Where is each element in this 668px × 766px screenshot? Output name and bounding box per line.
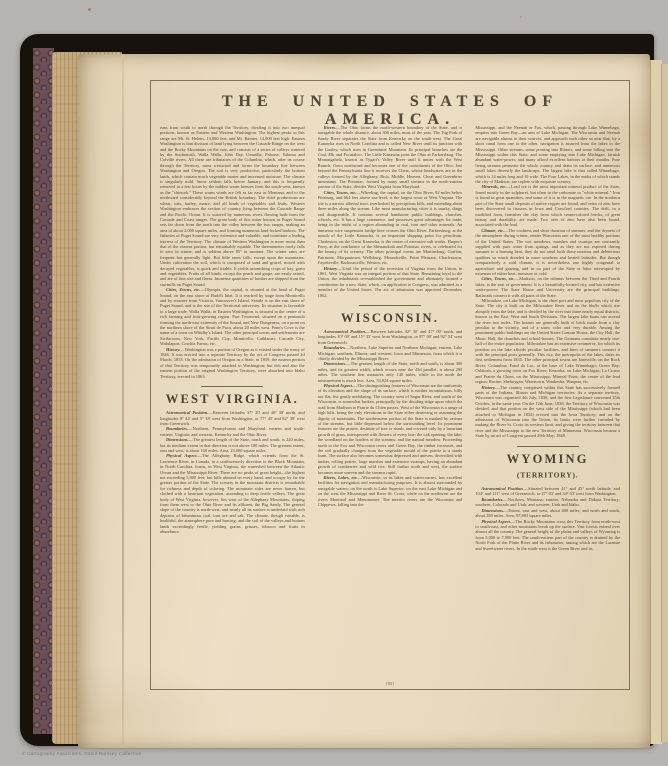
paragraph-lead-in: History. <box>166 347 180 352</box>
text-column-1: runs from south to north through the Ter… <box>160 125 305 677</box>
paragraph: Physical Aspect.—The Alleghany Ridge, wh… <box>160 453 305 534</box>
paragraph-lead-in: Dimensions. <box>324 361 347 366</box>
book-page: THE UNITED STATES OF AMERICA. runs from … <box>78 54 650 748</box>
paragraph-lead-in: Rivers, Lakes, etc. <box>324 475 358 480</box>
text-column-2: Rivers.—The Ohio forms the north-western… <box>318 125 463 677</box>
paragraph-lead-in: Physical Aspect. <box>324 383 353 388</box>
paragraph: runs from south to north through the Ter… <box>160 125 305 287</box>
paragraph-lead-in: Physical Aspect. <box>166 453 198 458</box>
section-heading-west-virginia: WEST VIRGINIA. <box>160 392 305 406</box>
section-divider <box>201 386 263 387</box>
paragraph-lead-in: Boundaries. <box>166 426 188 431</box>
paragraph: Rivers.—The Ohio forms the north-western… <box>318 125 463 190</box>
paragraph: Dimensions.—The greatest length of the S… <box>318 361 463 383</box>
paragraph-lead-in: Boundaries. <box>324 345 346 350</box>
paragraph: Cities, Towns, etc.—Wheeling, the capita… <box>318 190 463 266</box>
paragraph: Dimensions.—Extent, east and west, about… <box>475 508 620 519</box>
paragraph-lead-in: Climate, etc. <box>481 228 504 233</box>
paragraph-lead-in: Cities, Towns, etc. <box>481 276 515 281</box>
paragraph: Cities, Towns, etc.—Madison, on the isth… <box>475 276 620 298</box>
paragraph-lead-in: Astronomical Position. <box>324 329 366 334</box>
section-heading-wisconsin: WISCONSIN. <box>318 311 463 325</box>
paragraph: Climate, etc.—The coolness and short dur… <box>475 228 620 277</box>
paragraph-lead-in: History. <box>481 385 495 390</box>
section-heading-text: WISCONSIN. <box>341 311 439 325</box>
paragraph: Minerals, etc.—Lead ore is the most impo… <box>475 184 620 227</box>
paragraph: Mississippi, and the Neenah or Fox, whic… <box>475 125 620 184</box>
paragraph: Astronomical Position.—Between latitudes… <box>160 410 305 426</box>
paragraph: Dimensions.—The greatest length of the S… <box>160 437 305 453</box>
section-divider <box>517 446 579 447</box>
paragraph: Boundaries.—Northern, Lake Superior and … <box>318 345 463 361</box>
adjacent-page-edge <box>661 64 668 742</box>
paragraph: Astronomical Position.—Between latitudes… <box>318 329 463 345</box>
paragraph: History.—The country comprised within th… <box>475 385 620 439</box>
section-heading-text: WYOMING <box>507 452 589 466</box>
page-border-frame: THE UNITED STATES OF AMERICA. runs from … <box>150 80 630 690</box>
text-columns: runs from south to north through the Ter… <box>160 125 620 677</box>
paragraph-lead-in: Cities, Towns, etc. <box>324 190 357 195</box>
section-heading-suffix: (TERRITORY). <box>517 470 579 479</box>
paragraph: Milwaukee, on Lake Michigan, is the chie… <box>475 298 620 385</box>
paragraph: Boundaries.—Northern, Montana; eastern, … <box>475 497 620 508</box>
paragraph-lead-in: Astronomical Position. <box>166 410 208 415</box>
paragraph-lead-in: Physical Aspect. <box>481 519 511 524</box>
section-heading-text: WEST VIRGINIA. <box>166 392 299 406</box>
paragraph: Boundaries.—Northern, Pennsylvania and M… <box>160 426 305 437</box>
text-column-3: Mississippi, and the Neenah or Fox, whic… <box>475 125 620 677</box>
dust-speck <box>520 16 522 18</box>
paragraph: Rivers, Lakes, etc.—Wisconsin, in its la… <box>318 475 463 507</box>
paragraph: Physical Aspect.—The Rocky Mountains cro… <box>475 519 620 551</box>
paragraph-lead-in: Astronomical Position. <box>481 486 523 491</box>
section-divider <box>359 305 421 306</box>
page-title: THE UNITED STATES OF AMERICA. <box>151 93 629 129</box>
paragraph: Cities, Towns, etc.—Olympia, the capital… <box>160 287 305 346</box>
photo-backdrop: THE UNITED STATES OF AMERICA. runs from … <box>0 0 668 766</box>
paragraph-lead-in: Dimensions. <box>166 437 189 442</box>
marbled-endpaper <box>33 48 54 734</box>
paragraph: Astronomical Position.—Situated between … <box>475 486 620 497</box>
paragraph: History.—Until the period of the secessi… <box>318 266 463 298</box>
paragraph-lead-in: Cities, Towns, etc. <box>166 287 200 292</box>
paragraph-lead-in: Dimensions. <box>481 508 504 513</box>
paragraph-lead-in: Boundaries. <box>481 497 503 502</box>
paragraph-lead-in: Rivers. <box>324 125 337 130</box>
watermark-caption: © Cartography Associates, David Rumsey C… <box>22 751 142 756</box>
page-number: [93] <box>151 681 629 686</box>
paragraph: History.—Washington was a portion of Ore… <box>160 347 305 379</box>
under-page-edge <box>122 58 124 744</box>
section-heading-wyoming: WYOMING (TERRITORY). <box>475 452 620 483</box>
dust-speck <box>88 8 91 11</box>
paragraph-lead-in: History. <box>324 266 338 271</box>
paragraph: Physical Aspect.—The distinguishing feat… <box>318 383 463 475</box>
paragraph-lead-in: Minerals, etc. <box>481 184 506 189</box>
